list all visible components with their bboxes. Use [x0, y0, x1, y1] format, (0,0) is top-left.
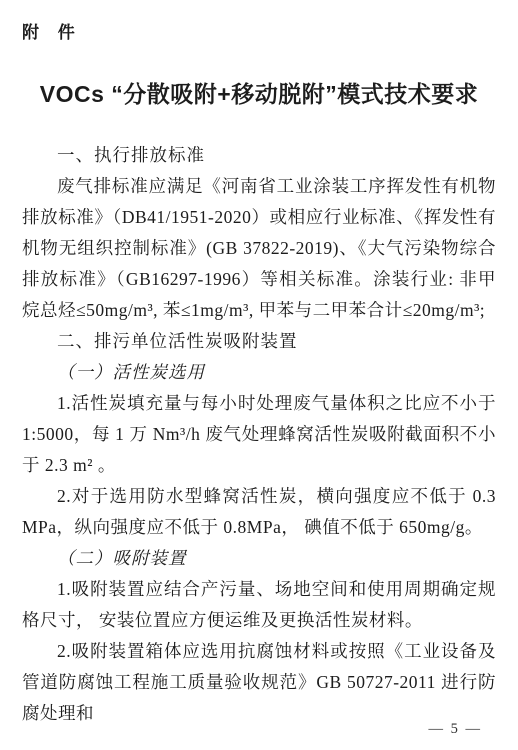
section-1-heading: 一、执行排放标准 — [22, 140, 496, 171]
attachment-label: 附 件 — [22, 18, 82, 43]
section-2-sub-1-item-2: 2.对于选用防水型蜂窝活性炭，横向强度应不低于 0.3 MPa，纵向强度应不低于… — [22, 481, 496, 543]
page-number: — 5 — — [429, 721, 483, 738]
document-body: 一、执行排放标准 废气排标准应满足《河南省工业涂装工序挥发性有机物排放标准》（D… — [22, 140, 496, 729]
section-2-sub-2-item-2: 2.吸附装置箱体应选用抗腐蚀材料或按照《工业设备及管道防腐蚀工程施工质量验收规范… — [22, 636, 496, 729]
document-page: 附 件 VOCs “分散吸附+移动脱附”模式技术要求 一、执行排放标准 废气排标… — [0, 0, 518, 750]
section-1-paragraph: 废气排标准应满足《河南省工业涂装工序挥发性有机物排放标准》（DB41/1951-… — [22, 171, 496, 326]
section-2-sub-1-item-1: 1.活性炭填充量与每小时处理废气量体积之比应不小于 1:5000，每 1 万 N… — [22, 388, 496, 481]
section-2-sub-2-item-1: 1.吸附装置应结合产污量、场地空间和使用周期确定规格尺寸， 安装位置应方便运维及… — [22, 574, 496, 636]
section-2-heading: 二、排污单位活性炭吸附装置 — [22, 326, 496, 357]
section-2-sub-1-heading: （一）活性炭选用 — [22, 357, 496, 388]
document-title: VOCs “分散吸附+移动脱附”模式技术要求 — [0, 76, 518, 109]
section-2-sub-2-heading: （二）吸附装置 — [22, 543, 496, 574]
